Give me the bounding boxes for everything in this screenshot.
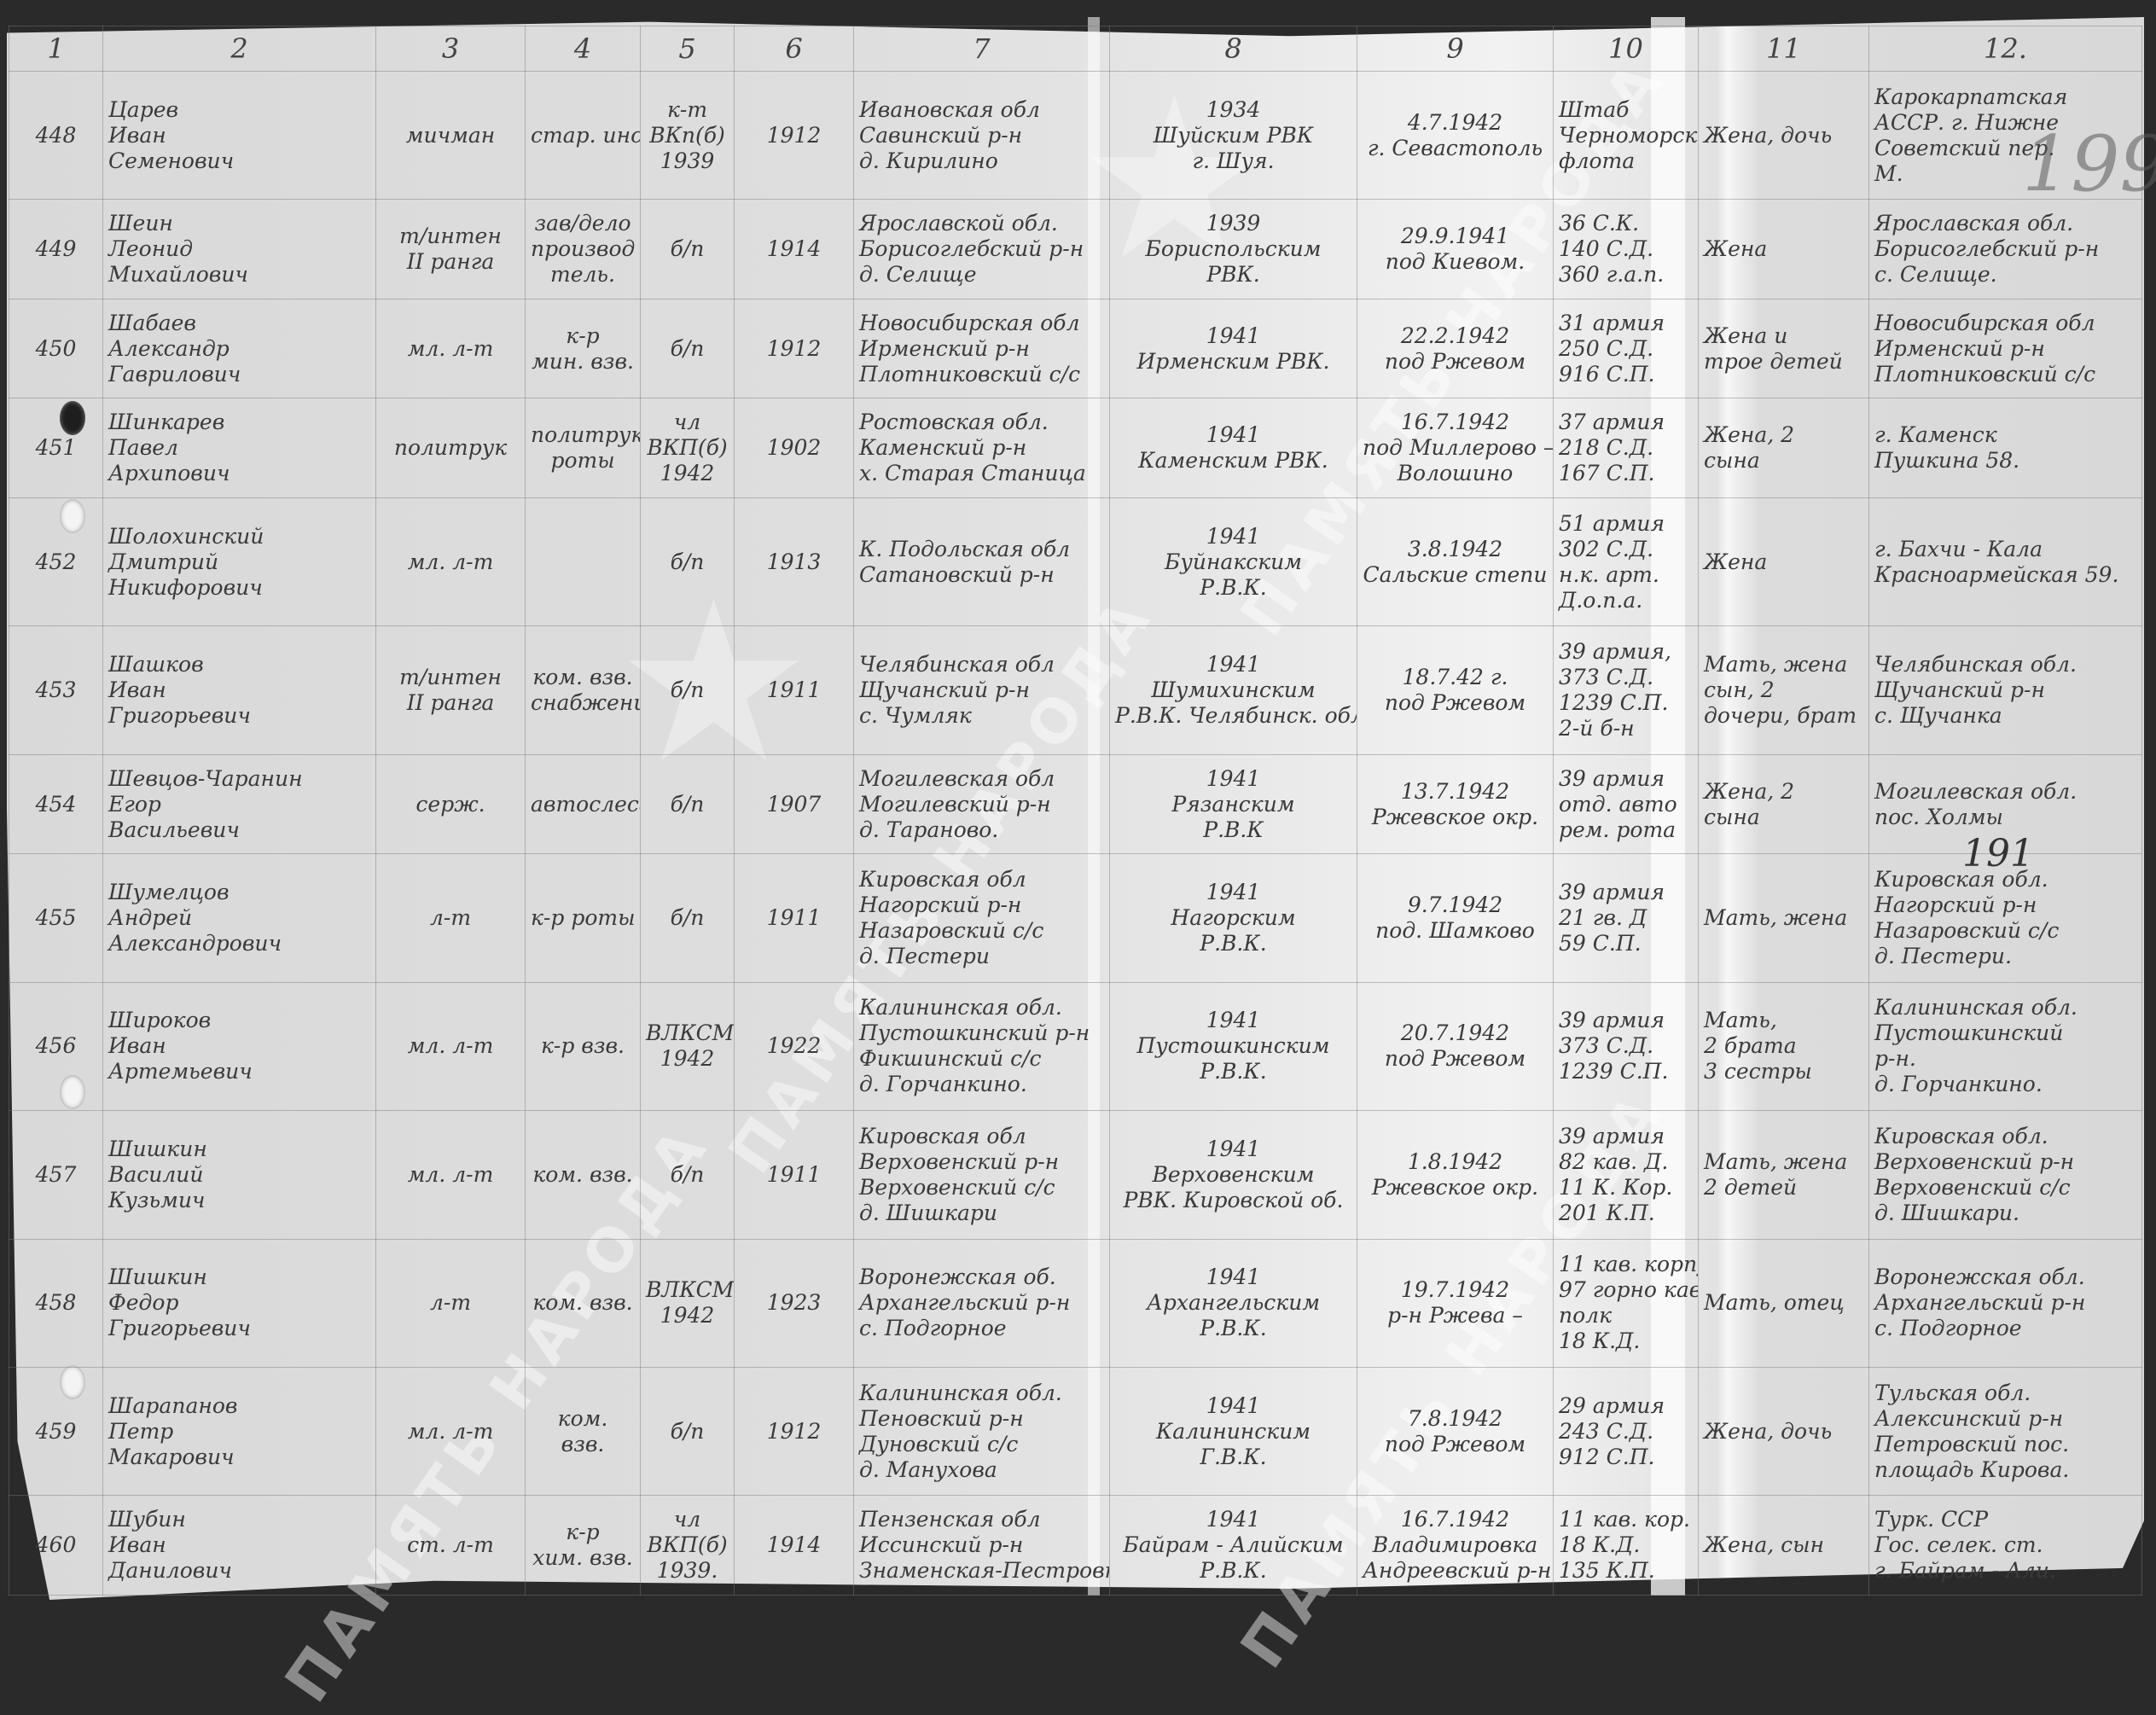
record-number-cell: 449 (9, 200, 103, 299)
position-cell: ком. взв. (526, 1239, 641, 1367)
party-membership-line: 1942 (646, 461, 729, 486)
military-rank-cell: л-т (376, 854, 526, 982)
position-line: мин. взв. (531, 349, 635, 375)
table-row: 454Шевцов-ЧаранинЕгорВасильевичсерж.авто… (9, 754, 2142, 854)
draft-info-line: Нагорским (1115, 905, 1351, 931)
military-unit-line: 82 кав. Д. (1559, 1149, 1693, 1175)
military-rank-line: мл. л-т (381, 1162, 520, 1188)
military-unit-line: 218 С.Д. (1559, 435, 1693, 461)
draft-info-cell: 1941ВерховенскимРВК. Кировской об. (1110, 1111, 1357, 1239)
party-membership-line: б/п (646, 1419, 729, 1445)
birthplace-line: Архангельский р-н (859, 1290, 1104, 1316)
family-line: 3 сестры (1704, 1059, 1863, 1084)
family-cell: Жена (1699, 497, 1869, 625)
party-membership-cell: б/п (641, 299, 735, 398)
death-date-place-line: Волошино (1363, 461, 1548, 486)
birthplace-line: Назаровский с/с (859, 918, 1104, 944)
birthplace-cell: Воронежская об.Архангельский р-нс. Подго… (854, 1239, 1110, 1367)
family-line: Мать, жена (1704, 1149, 1863, 1175)
family-address-line: Ирменский р-н (1874, 336, 2136, 362)
military-rank-line: л-т (381, 1290, 520, 1316)
death-date-place-line: 16.7.1942 (1363, 410, 1548, 435)
birthplace-line: Челябинская обл (859, 652, 1104, 677)
party-membership-cell: б/п (641, 1367, 735, 1495)
military-unit-line: 373 С.Д. (1559, 665, 1693, 690)
military-rank-cell: мл. л-т (376, 1111, 526, 1239)
family-address-cell: Кировская обл.Верховенский р-нВерховенск… (1869, 1111, 2142, 1239)
draft-info-cell: 1941РязанскимР.В.К (1110, 754, 1357, 854)
draft-info-line: 1941 (1115, 1137, 1351, 1162)
column-header: 7 (854, 26, 1110, 72)
family-line: Мать, жена (1704, 905, 1863, 931)
position-cell: политрукроты (526, 398, 641, 498)
position-cell (526, 497, 641, 625)
family-address-cell: Ярославская обл.Борисоглебский р-нс. Сел… (1869, 200, 2142, 299)
column-header: 10 (1554, 26, 1699, 72)
family-address-line: р-н. (1874, 1046, 2136, 1072)
family-address-line: Щучанский р-н (1874, 677, 2136, 703)
draft-info-cell: 1941НагорскимР.В.К. (1110, 854, 1357, 982)
draft-info-line: 1941 (1115, 1008, 1351, 1033)
family-address-line: площадь Кирова. (1874, 1457, 2136, 1483)
military-unit-line: 51 армия (1559, 511, 1693, 537)
birthplace-cell: Кировская облНагорский р-нНазаровский с/… (854, 854, 1110, 982)
birthplace-line: Фикшинский с/с (859, 1046, 1104, 1072)
position-cell: к-рхим. взв. (526, 1496, 641, 1596)
birthplace-line: Пензенская обл (859, 1507, 1104, 1532)
military-unit-line: 39 армия (1559, 766, 1693, 792)
family-cell: Жена (1699, 200, 1869, 299)
position-line: политрук (531, 422, 635, 448)
draft-info-line: Р.В.К (1115, 817, 1351, 843)
death-date-place-cell: 7.8.1942под Ржевом (1357, 1367, 1554, 1495)
full-name-line: Шолохинский (108, 524, 370, 549)
draft-info-cell: 1941КалининскимГ.В.К. (1110, 1367, 1357, 1495)
military-rank-line: серж. (381, 792, 520, 817)
record-number-cell: 460 (9, 1496, 103, 1596)
position-line: ком. взв. (531, 1162, 635, 1188)
birthplace-line: Сатановский р-н (859, 562, 1104, 588)
position-line: к-р (531, 323, 635, 349)
family-address-cell: Воронежская обл.Архангельский р-нс. Подг… (1869, 1239, 2142, 1367)
birthplace-line: К. Подольская обл (859, 537, 1104, 562)
birthplace-line: с. Чумляк (859, 703, 1104, 729)
family-address-line: д. Горчанкино. (1874, 1072, 2136, 1097)
military-unit-cell: 39 армия82 кав. Д.11 К. Кор.201 К.П. (1554, 1111, 1699, 1239)
death-date-place-line: Сальские степи (1363, 562, 1548, 588)
party-membership-line: б/п (646, 236, 729, 262)
birthplace-line: д. Кирилино (859, 148, 1104, 174)
military-unit-cell: 11 кав. кор.18 К.Д.135 К.П. (1554, 1496, 1699, 1596)
death-date-place-cell: 16.7.1942под Миллерово –Волошино (1357, 398, 1554, 498)
family-address-line: с. Щучанка (1874, 703, 2136, 729)
party-membership-line: б/п (646, 792, 729, 817)
party-membership-line: ВКП(б) (646, 1532, 729, 1558)
full-name-cell: ШироковИванАртемьевич (103, 982, 376, 1110)
draft-info-line: РВК. Кировской об. (1115, 1188, 1351, 1213)
full-name-line: Широков (108, 1008, 370, 1033)
full-name-line: Федор (108, 1290, 370, 1316)
birthplace-line: д. Селище (859, 262, 1104, 288)
birth-year-cell: 1923 (735, 1239, 854, 1367)
draft-info-line: Р.В.К. (1115, 1558, 1351, 1584)
full-name-line: Гаврилович (108, 362, 370, 387)
draft-info-line: Пустошкинским (1115, 1033, 1351, 1059)
family-cell: Жена, дочь (1699, 72, 1869, 200)
military-unit-line: 37 армия (1559, 410, 1693, 435)
full-name-line: Иван (108, 123, 370, 148)
military-rank-line: мл. л-т (381, 336, 520, 362)
family-line: сына (1704, 805, 1863, 830)
column-number-header: 123456789101112. (9, 26, 2142, 72)
table-row: 458ШишкинФедорГригорьевичл-тком. взв.ВЛК… (9, 1239, 2142, 1367)
military-rank-cell: т/интенII ранга (376, 200, 526, 299)
family-line: трое детей (1704, 349, 1863, 375)
military-rank-cell: мл. л-т (376, 1367, 526, 1495)
family-address-line: Нагорский р-н (1874, 892, 2136, 918)
birthplace-line: Могилевский р-н (859, 792, 1104, 817)
draft-info-cell: 1941АрхангельскимР.В.К. (1110, 1239, 1357, 1367)
family-cell: Жена, сын (1699, 1496, 1869, 1596)
family-line: Жена, дочь (1704, 1419, 1863, 1445)
military-rank-line: мл. л-т (381, 1033, 520, 1059)
party-membership-cell: б/п (641, 754, 735, 854)
full-name-line: Васильевич (108, 817, 370, 843)
military-rank-cell: л-т (376, 1239, 526, 1367)
birthplace-line: д. Манухова (859, 1457, 1104, 1483)
family-cell: Мать, женасын, 2дочери, брат (1699, 626, 1869, 754)
table-row: 460ШубинИванДаниловичст. л-тк-рхим. взв.… (9, 1496, 2142, 1596)
death-date-place-line: 19.7.1942 (1363, 1277, 1548, 1303)
party-membership-line: б/п (646, 677, 729, 703)
military-unit-line: Штаб (1559, 97, 1693, 123)
birthplace-line: Ирменский р-н (859, 336, 1104, 362)
military-unit-cell: 11 кав. корпус97 горно кав.полк18 К.Д. (1554, 1239, 1699, 1367)
military-unit-line: 302 С.Д. (1559, 537, 1693, 562)
military-unit-line: 21 гв. Д (1559, 905, 1693, 931)
birth-year-cell: 1911 (735, 626, 854, 754)
family-line: Жена (1704, 236, 1863, 262)
military-unit-line: 97 горно кав. (1559, 1277, 1693, 1303)
birth-year-cell: 1914 (735, 1496, 854, 1596)
full-name-line: Шеин (108, 211, 370, 236)
draft-info-line: Р.В.К. (1115, 575, 1351, 601)
death-date-place-line: под. Шамково (1363, 918, 1548, 944)
military-unit-line: 39 армия, (1559, 639, 1693, 665)
full-name-line: Артемьевич (108, 1059, 370, 1084)
family-cell: Жена, 2сына (1699, 754, 1869, 854)
family-address-line: Верховенский с/с (1874, 1175, 2136, 1200)
birthplace-cell: Новосибирская облИрменский р-нПлотниковс… (854, 299, 1110, 398)
military-rank-line: т/интен (381, 224, 520, 249)
military-unit-line: 2-й б-н (1559, 716, 1693, 741)
full-name-cell: ШумелцовАндрейАлександрович (103, 854, 376, 982)
military-unit-line: 140 С.Д. (1559, 236, 1693, 262)
military-rank-cell: мл. л-т (376, 982, 526, 1110)
draft-info-line: Р.В.К. (1115, 931, 1351, 956)
page-stamp-number: 199 (2022, 119, 2156, 209)
birthplace-cell: Ярославской обл.Борисоглебский р-нд. Сел… (854, 200, 1110, 299)
military-unit-line: 11 кав. корпус (1559, 1252, 1693, 1277)
death-date-place-cell: 1.8.1942Ржевское окр. (1357, 1111, 1554, 1239)
military-unit-cell: 36 С.К.140 С.Д.360 г.а.п. (1554, 200, 1699, 299)
military-unit-line: рем. рота (1559, 817, 1693, 843)
death-date-place-cell: 29.9.1941под Киевом. (1357, 200, 1554, 299)
military-rank-line: л-т (381, 905, 520, 931)
party-membership-cell: б/п (641, 200, 735, 299)
military-unit-line: 59 С.П. (1559, 931, 1693, 956)
military-rank-cell: серж. (376, 754, 526, 854)
family-address-line: Калининская обл. (1874, 995, 2136, 1020)
draft-info-cell: 1941ШумихинскимР.В.К. Челябинск. обл. (1110, 626, 1357, 754)
family-address-line: Назаровский с/с (1874, 918, 2136, 944)
death-date-place-line: 18.7.42 г. (1363, 665, 1548, 690)
position-line: роты (531, 448, 635, 474)
party-membership-line: б/п (646, 905, 729, 931)
column-header: 3 (376, 26, 526, 72)
draft-info-line: Бориспольским (1115, 236, 1351, 262)
full-name-cell: Шевцов-ЧаранинЕгорВасильевич (103, 754, 376, 854)
position-cell: ком. взв. (526, 1111, 641, 1239)
military-rank-line: т/интен (381, 665, 520, 690)
military-rank-line: ст. л-т (381, 1532, 520, 1558)
family-address-cell: Турк. ССРГос. селек. ст.г. Байрам - Али. (1869, 1496, 2142, 1596)
birthplace-line: Кировская обл (859, 867, 1104, 892)
table-row: 453ШашковИванГригорьевичт/интенII рангак… (9, 626, 2142, 754)
full-name-line: Иван (108, 1033, 370, 1059)
party-membership-line: ВЛКСМ (646, 1277, 729, 1303)
full-name-line: Шевцов-Чаранин (108, 766, 370, 792)
party-membership-cell: б/п (641, 1111, 735, 1239)
full-name-line: Иван (108, 1532, 370, 1558)
draft-info-line: Рязанским (1115, 792, 1351, 817)
full-name-cell: ШишкинВасилийКузьмич (103, 1111, 376, 1239)
family-address-line: Красноармейская 59. (1874, 562, 2136, 588)
birthplace-line: Верховенский р-н (859, 1149, 1104, 1175)
draft-info-line: 1941 (1115, 880, 1351, 905)
record-number-cell: 451 (9, 398, 103, 498)
military-unit-cell: ШтабЧерноморск.флота (1554, 72, 1699, 200)
draft-info-line: Байрам - Алийским (1115, 1532, 1351, 1558)
birthplace-line: Иссинский р-н (859, 1532, 1104, 1558)
birthplace-line: Воронежская об. (859, 1264, 1104, 1290)
full-name-line: Шишкин (108, 1137, 370, 1162)
death-date-place-cell: 13.7.1942Ржевское окр. (1357, 754, 1554, 854)
family-address-line: Плотниковский с/с (1874, 362, 2136, 387)
military-rank-cell: ст. л-т (376, 1496, 526, 1596)
position-line: ком. взв. (531, 665, 635, 690)
military-unit-line: 11 К. Кор. (1559, 1175, 1693, 1200)
full-name-line: Петр (108, 1419, 370, 1445)
full-name-line: Шубин (108, 1507, 370, 1532)
military-unit-cell: 39 армия373 С.Д.1239 С.П. (1554, 982, 1699, 1110)
column-header: 4 (526, 26, 641, 72)
death-date-place-line: 16.7.1942 (1363, 1507, 1548, 1532)
draft-info-line: 1941 (1115, 524, 1351, 549)
register-table: 123456789101112. 448ЦаревИванСеменовичми… (9, 26, 2142, 1596)
birthplace-cell: Ивановская облСавинский р-нд. Кирилино (854, 72, 1110, 200)
military-unit-line: 916 С.П. (1559, 362, 1693, 387)
birthplace-line: д. Шишкари (859, 1200, 1104, 1226)
draft-info-line: Р.В.К. (1115, 1059, 1351, 1084)
record-number-cell: 455 (9, 854, 103, 982)
military-unit-line: 31 армия (1559, 311, 1693, 336)
column-header: 8 (1110, 26, 1357, 72)
position-cell: ком. взв.снабжения (526, 626, 641, 754)
draft-info-line: 1941 (1115, 652, 1351, 677)
record-number-cell: 458 (9, 1239, 103, 1367)
family-cell: Мать, жена (1699, 854, 1869, 982)
birthplace-cell: Челябинская облЩучанский р-нс. Чумляк (854, 626, 1110, 754)
family-line: дочери, брат (1704, 703, 1863, 729)
table-row: 451ШинкаревПавелАрхиповичполитрукполитру… (9, 398, 2142, 498)
birthplace-line: Савинский р-н (859, 123, 1104, 148)
position-line: к-р роты (531, 905, 635, 931)
position-line: к-р взв. (531, 1033, 635, 1059)
birth-year-cell: 1913 (735, 497, 854, 625)
full-name-line: Шарапанов (108, 1393, 370, 1419)
table-row: 457ШишкинВасилийКузьмичмл. л-тком. взв.б… (9, 1111, 2142, 1239)
birthplace-line: Дуновский с/с (859, 1432, 1104, 1457)
full-name-line: Данилович (108, 1558, 370, 1584)
position-line: взв. (531, 1432, 635, 1457)
family-address-line: Тульская обл. (1874, 1381, 2136, 1406)
military-rank-cell: т/интенII ранга (376, 626, 526, 754)
position-cell: зав/делопроизводтель. (526, 200, 641, 299)
position-line: снабжения (531, 690, 635, 716)
family-address-line: с. Селище. (1874, 262, 2136, 288)
death-date-place-line: р-н Ржева – (1363, 1303, 1548, 1328)
military-unit-cell: 39 армияотд. авторем. рота (1554, 754, 1699, 854)
birth-year-cell: 1912 (735, 1367, 854, 1495)
military-unit-line: 1239 С.П. (1559, 690, 1693, 716)
family-line: Жена, 2 (1704, 422, 1863, 448)
draft-info-line: РВК. (1115, 262, 1351, 288)
draft-info-line: 1941 (1115, 323, 1351, 349)
family-address-line: Пушкина 58. (1874, 448, 2136, 474)
birthplace-line: Калининская обл. (859, 1381, 1104, 1406)
draft-info-line: Верховенским (1115, 1162, 1351, 1188)
family-address-line: Карокарпатская (1874, 84, 2136, 110)
party-membership-line: 1942 (646, 1046, 729, 1072)
family-cell: Жена, дочь (1699, 1367, 1869, 1495)
birthplace-cell: Кировская облВерховенский р-нВерховенски… (854, 1111, 1110, 1239)
death-date-place-cell: 22.2.1942под Ржевом (1357, 299, 1554, 398)
family-cell: Жена, 2сына (1699, 398, 1869, 498)
military-unit-line: отд. авто (1559, 792, 1693, 817)
birthplace-cell: К. Подольская облСатановский р-н (854, 497, 1110, 625)
birthplace-line: Могилевская обл (859, 766, 1104, 792)
family-address-line: Могилевская обл. (1874, 779, 2136, 805)
military-unit-line: 29 армия (1559, 1393, 1693, 1419)
family-line: Жена, 2 (1704, 779, 1863, 805)
birthplace-cell: Могилевская облМогилевский р-нд. Таранов… (854, 754, 1110, 854)
family-line: сын, 2 (1704, 677, 1863, 703)
military-unit-line: н.к. арт. (1559, 562, 1693, 588)
death-date-place-cell: 16.7.1942ВладимировкаАндреевский р-н (1357, 1496, 1554, 1596)
birthplace-line: Калининская обл. (859, 995, 1104, 1020)
death-date-place-line: 1.8.1942 (1363, 1149, 1548, 1175)
family-address-cell: г. Бахчи - КалаКрасноармейская 59. (1869, 497, 2142, 625)
military-unit-line: 1239 С.П. (1559, 1059, 1693, 1084)
birthplace-line: х. Старая Станица (859, 461, 1104, 486)
draft-info-line: Г.В.К. (1115, 1445, 1351, 1470)
family-address-line: г. Байрам - Али. (1874, 1558, 2136, 1584)
party-membership-line: б/п (646, 336, 729, 362)
military-rank-line: мичман (381, 123, 520, 148)
military-unit-line: 18 К.Д. (1559, 1532, 1693, 1558)
birth-year-cell: 1902 (735, 398, 854, 498)
military-unit-line: 250 С.Д. (1559, 336, 1693, 362)
military-unit-line: 912 С.П. (1559, 1445, 1693, 1470)
full-name-line: Никифорович (108, 575, 370, 601)
birth-year-cell: 1911 (735, 854, 854, 982)
party-membership-line: 1942 (646, 1303, 729, 1328)
family-cell: Мать, отец (1699, 1239, 1869, 1367)
military-rank-cell: мичман (376, 72, 526, 200)
party-membership-line: б/п (646, 549, 729, 575)
full-name-line: Шашков (108, 652, 370, 677)
death-date-place-line: под Ржевом (1363, 690, 1548, 716)
position-line: ком. (531, 1406, 635, 1432)
military-unit-line: 373 С.Д. (1559, 1033, 1693, 1059)
death-date-place-line: 13.7.1942 (1363, 779, 1548, 805)
position-line: зав/дело (531, 211, 635, 236)
military-rank-cell: мл. л-т (376, 497, 526, 625)
draft-info-cell: 1941Ирменским РВК. (1110, 299, 1357, 398)
record-number-cell: 450 (9, 299, 103, 398)
column-header: 9 (1357, 26, 1554, 72)
party-membership-line: чл (646, 410, 729, 435)
position-cell: стар. инс (526, 72, 641, 200)
full-name-line: Макарович (108, 1445, 370, 1470)
military-unit-line: 167 С.П. (1559, 461, 1693, 486)
military-unit-line: Черноморск. (1559, 123, 1693, 148)
death-date-place-line: г. Севастополь (1363, 136, 1548, 161)
death-date-place-line: Ржевское окр. (1363, 1175, 1548, 1200)
military-unit-cell: 37 армия218 С.Д.167 С.П. (1554, 398, 1699, 498)
full-name-line: Шумелцов (108, 880, 370, 905)
full-name-line: Шишкин (108, 1264, 370, 1290)
party-membership-line: 1939. (646, 1558, 729, 1584)
family-address-line: с. Подгорное (1874, 1316, 2136, 1341)
draft-info-line: Ирменским РВК. (1115, 349, 1351, 375)
birth-year-cell: 1911 (735, 1111, 854, 1239)
family-line: Жена, дочь (1704, 123, 1863, 148)
party-membership-line: ВЛКСМ. (646, 1020, 729, 1046)
full-name-line: Кузьмич (108, 1188, 370, 1213)
military-unit-cell: 31 армия250 С.Д.916 С.П. (1554, 299, 1699, 398)
full-name-line: Андрей (108, 905, 370, 931)
military-unit-line: 243 С.Д. (1559, 1419, 1693, 1445)
military-unit-cell: 39 армия21 гв. Д59 С.П. (1554, 854, 1699, 982)
birthplace-line: д. Горчанкино. (859, 1072, 1104, 1097)
family-address-line: Архангельский р-н (1874, 1290, 2136, 1316)
record-number-cell: 454 (9, 754, 103, 854)
birthplace-line: Кировская обл (859, 1124, 1104, 1149)
death-date-place-cell: 19.7.1942р-н Ржева – (1357, 1239, 1554, 1367)
party-membership-line: чл (646, 1507, 729, 1532)
table-row: 459ШарапановПетрМакаровичмл. л-тком.взв.… (9, 1367, 2142, 1495)
family-address-cell: г. КаменскПушкина 58. (1869, 398, 2142, 498)
military-unit-line: 18 К.Д. (1559, 1328, 1693, 1354)
family-address-cell: Челябинская обл.Щучанский р-нс. Щучанка (1869, 626, 2142, 754)
full-name-cell: ШубинИванДанилович (103, 1496, 376, 1596)
death-date-place-cell: 9.7.1942под. Шамково (1357, 854, 1554, 982)
full-name-cell: ШабаевАлександрГаврилович (103, 299, 376, 398)
column-header: 6 (735, 26, 854, 72)
position-cell: к-р взв. (526, 982, 641, 1110)
